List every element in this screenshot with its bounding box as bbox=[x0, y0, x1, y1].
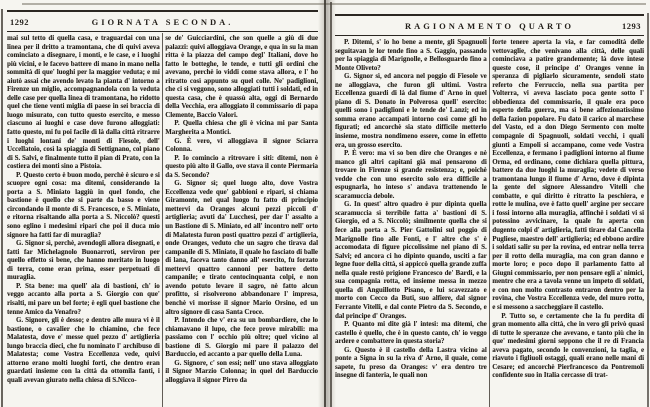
right-page-header: RAGIONAMENTO QUARTO 1293 bbox=[335, 14, 644, 36]
paragraph: mai sul tetto di quella casa, e traguard… bbox=[7, 35, 160, 172]
left-running-head: GIORNATA SECONDA. bbox=[36, 17, 289, 27]
paragraph: P. Quanto mi dite già l' intesi: ma dite… bbox=[335, 321, 487, 347]
paragraph: se de' Guicciardini, che son quelle a gi… bbox=[165, 35, 318, 120]
paragraph: G. Signore, c' son essi; nell' uno stava… bbox=[165, 360, 318, 386]
paragraph: G. Signor sì; quel luogo alto, dove Vost… bbox=[165, 180, 318, 317]
paragraph: forte tenere aperta la via, e far comodi… bbox=[492, 39, 644, 313]
paragraph: P. Tutto so, e certamente che la fu perd… bbox=[492, 313, 644, 381]
book-scan: 1292 GIORNATA SECONDA. mai sul tetto di … bbox=[0, 0, 650, 407]
paragraph: G. In quest' altro quadro è pur dipinta … bbox=[335, 201, 487, 321]
scan-edge-left bbox=[1, 9, 3, 407]
right-page: RAGIONAMENTO QUARTO 1293 P. Ditemi, s' i… bbox=[335, 14, 644, 407]
paragraph: P. Questo certo è buon modo, perchè è si… bbox=[7, 172, 160, 240]
paragraph: G. Questo è il castello della Lastra vic… bbox=[335, 347, 487, 381]
right-running-head: RAGIONAMENTO QUARTO bbox=[364, 21, 615, 31]
paragraph: P. Sta bene: ma quell' ala di bastioni, … bbox=[7, 283, 160, 317]
gutter-line bbox=[330, 2, 332, 407]
column-divider bbox=[162, 33, 164, 407]
paragraph: G. Signore, gli è desso; e dentro alle m… bbox=[7, 317, 160, 385]
column-divider bbox=[489, 37, 491, 407]
paragraph: P. Intendo che v' era su un bombardiere,… bbox=[165, 317, 318, 360]
paragraph: P. Ditemi, s' io ho bene a mente, gli Sp… bbox=[335, 39, 487, 73]
left-page-column-2: se de' Guicciardini, che son quelle a gi… bbox=[165, 33, 318, 407]
left-page-body: mai sul tetto di quella casa, e traguard… bbox=[7, 33, 318, 407]
scan-edge-right bbox=[647, 13, 649, 407]
left-page-header: 1292 GIORNATA SECONDA. bbox=[7, 10, 318, 32]
right-page-number: 1293 bbox=[615, 21, 641, 31]
paragraph: P. È vero: ma vi so ben dire che Oranges… bbox=[335, 150, 487, 201]
right-page-column-1: P. Ditemi, s' io ho bene a mente, gli Sp… bbox=[335, 37, 487, 407]
page-gutter-shadow bbox=[318, 0, 336, 407]
left-page: 1292 GIORNATA SECONDA. mai sul tetto di … bbox=[7, 10, 318, 407]
right-page-column-2: forte tenere aperta la via, e far comodi… bbox=[492, 37, 644, 407]
gutter-line bbox=[324, 0, 326, 407]
left-page-number: 1292 bbox=[10, 17, 36, 27]
paragraph: G. Signor sì, ed ancora nel poggio di Fi… bbox=[335, 73, 487, 150]
paragraph: G. È vero, vi alloggiava il signor Sciar… bbox=[165, 138, 318, 155]
right-page-body: P. Ditemi, s' io ho bene a mente, gli Sp… bbox=[335, 37, 644, 407]
paragraph: G. Signor sì, perchè, avendogli allora d… bbox=[7, 240, 160, 283]
left-page-column-1: mai sul tetto di quella casa, e traguard… bbox=[7, 33, 160, 407]
paragraph: P. Io comincio a ritrovare i siti: ditem… bbox=[165, 155, 318, 181]
paragraph: P. Quella chiesa che gli è vicina mi par… bbox=[165, 120, 318, 137]
